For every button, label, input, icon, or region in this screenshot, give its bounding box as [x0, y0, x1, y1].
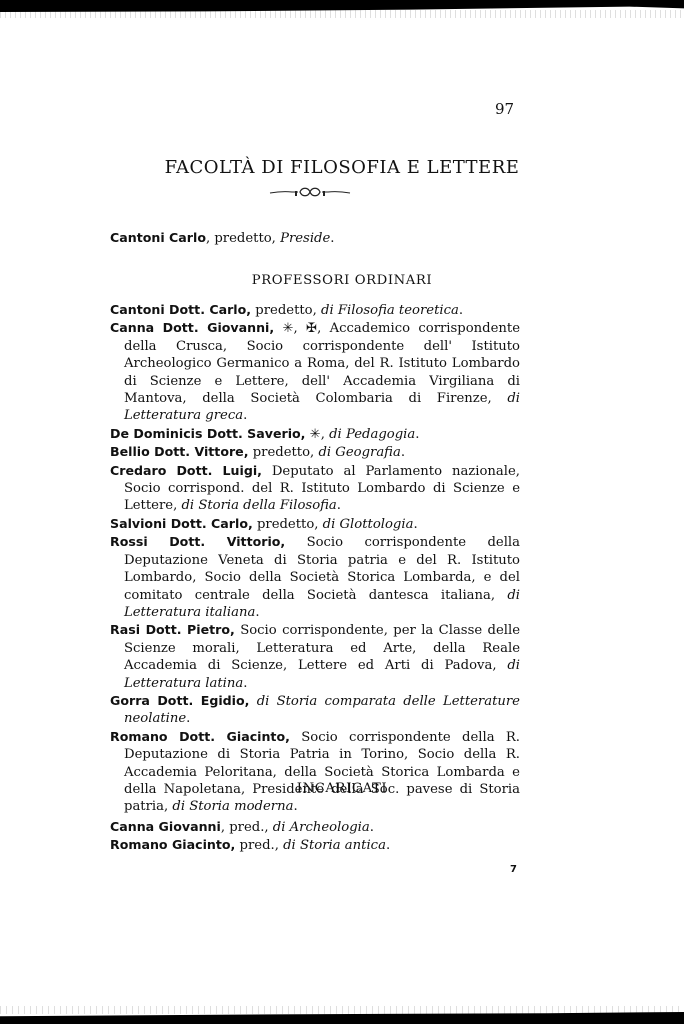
- page-title: FACOLTÀ DI FILOSOFIA E LETTERE: [0, 157, 684, 178]
- list-item: Bellio Dott. Vittore, predetto, di Geogr…: [110, 443, 520, 461]
- scan-noise-bottom: [0, 1006, 684, 1014]
- list-item: Cantoni Dott. Carlo, predetto, di Filoso…: [110, 301, 520, 319]
- person-name: Cantoni Carlo: [110, 230, 206, 245]
- preside-line: Cantoni Carlo, predetto, Preside.: [110, 229, 520, 247]
- section-heading-ordinari: PROFESSORI ORDINARI: [0, 273, 684, 288]
- scan-noise-top: [0, 10, 684, 18]
- incaricati-list: Canna Giovanni, pred., di Archeologia. R…: [110, 818, 520, 855]
- list-item: Canna Dott. Giovanni, ✳, ✠, Accademico c…: [110, 319, 520, 424]
- list-item: Rossi Dott. Vittorio, Socio corrisponden…: [110, 533, 520, 621]
- role: Preside: [280, 231, 330, 246]
- list-item: Romano Dott. Giacinto, Socio corrisponde…: [110, 728, 520, 816]
- ordinari-list: Cantoni Dott. Carlo, predetto, di Filoso…: [110, 301, 520, 816]
- section-heading-incaricati: INCARICATI: [0, 781, 684, 796]
- list-item: Romano Giacinto, pred., di Storia antica…: [110, 836, 520, 854]
- list-item: Salvioni Dott. Carlo, predetto, di Glott…: [110, 515, 520, 533]
- list-item: Canna Giovanni, pred., di Archeologia.: [110, 818, 520, 836]
- ornament-divider-icon: [268, 185, 352, 199]
- page-number: 97: [495, 100, 514, 118]
- signature-mark: 7: [510, 864, 517, 875]
- list-item: Rasi Dott. Pietro, Socio corrispondente,…: [110, 621, 520, 692]
- list-item: Credaro Dott. Luigi, Deputato al Parlame…: [110, 462, 520, 515]
- list-item: De Dominicis Dott. Saverio, ✳, di Pedago…: [110, 425, 520, 443]
- list-item: Gorra Dott. Egidio, di Storia comparata …: [110, 692, 520, 728]
